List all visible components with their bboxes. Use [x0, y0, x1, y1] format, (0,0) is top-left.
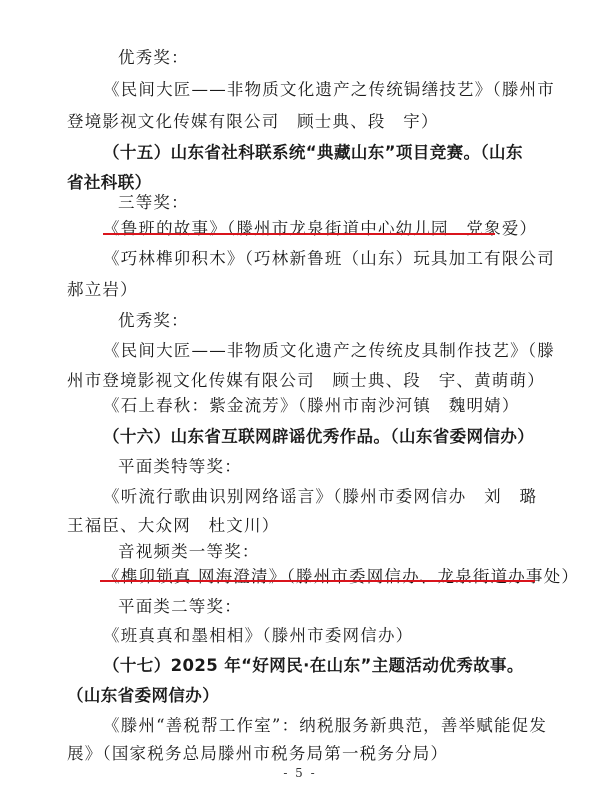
text-line: 州市登境影视文化传媒有限公司 顾士典、段 宇、黄萌萌）	[67, 367, 545, 391]
text-line: 《班真真和墨相相》（滕州市委网信办）	[103, 622, 413, 646]
text-line: 三等奖：	[118, 189, 189, 213]
text-line: 优秀奖：	[118, 44, 189, 68]
text-line: 《滕州“善税帮工作室”：纳税服务新典范，善举赋能促发	[103, 712, 547, 736]
text-line: 《石上春秋：紫金流芳》（滕州市南沙河镇 魏明婧）	[103, 392, 520, 416]
section-heading: （十六）山东省互联网辟谣优秀作品。（山东省委网信办）	[103, 423, 534, 447]
section-heading: （山东省委网信办）	[67, 682, 219, 706]
text-line: 《民间大匠——非物质文化遗产之传统皮具制作技艺》（滕	[103, 337, 555, 361]
text-line: 优秀奖：	[118, 307, 189, 331]
text-line: 《榫卯锁真 网海澄清》（滕州市委网信办、龙泉街道办事处）	[103, 563, 579, 587]
text-line: 《鲁班的故事》（滕州市龙泉街道中心幼儿园 党象爱）	[103, 215, 537, 239]
red-underline	[100, 580, 535, 582]
text-line: 平面类特等奖：	[118, 453, 242, 477]
section-heading: （十五）山东省社科联系统“典藏山东”项目竞赛。（山东	[103, 139, 523, 163]
text-line: 登境影视文化传媒有限公司 顾士典、段 宇）	[67, 108, 439, 132]
text-line: 展》（国家税务总局滕州市税务局第一税务分局）	[67, 740, 448, 764]
text-line: 平面类二等奖：	[118, 593, 242, 617]
text-line: 王福臣、大众网 杜文川）	[67, 512, 279, 536]
text-line: 《民间大匠——非物质文化遗产之传统锔缮技艺》（滕州市	[103, 76, 555, 100]
text-line: 郝立岩）	[67, 276, 138, 300]
page-number: - 5 -	[0, 766, 600, 780]
text-line: 《巧林榫卯积木》（巧林新鲁班（山东）玩具加工有限公司	[103, 245, 555, 269]
text-line: 《听流行歌曲识别网络谣言》（滕州市委网信办 刘 璐	[103, 483, 537, 507]
red-underline	[103, 233, 495, 235]
text-line: 音视频类一等奖：	[118, 538, 260, 562]
section-heading: （十七）2025 年“好网民·在山东”主题活动优秀故事。	[103, 652, 524, 676]
